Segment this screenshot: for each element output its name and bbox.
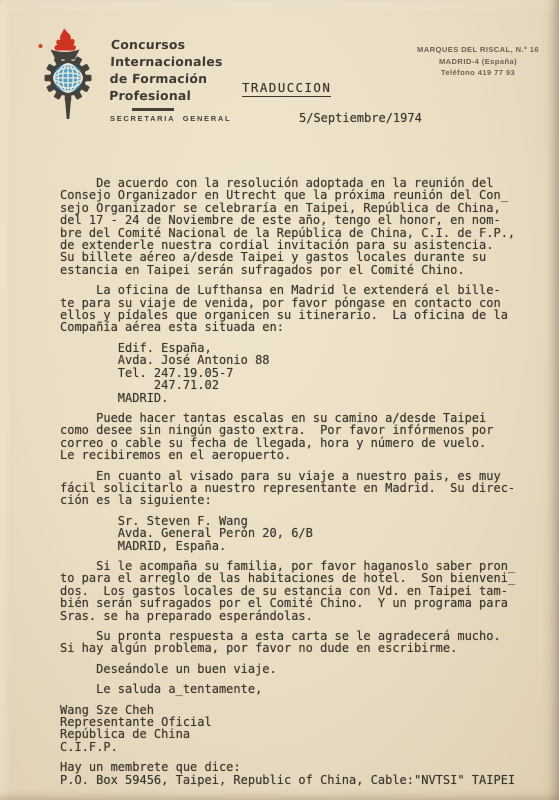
org-address-line3: Teléfono 419 77 93 [408,67,548,79]
org-address-line2: MADRID-4 (España) [408,56,548,68]
org-address: MARQUES DEL RISCAL, N.º 16 MADRID-4 (Esp… [408,44,548,79]
letterhead-rule [132,108,174,111]
torch-globe-gear-icon [36,26,100,122]
flame-shape [54,28,76,51]
letter-body: De acuerdo con la resolución adoptada en… [60,177,523,794]
signature-block: Wang Sze Cheh Representante Oficial Repú… [60,704,523,754]
paragraph-respuesta: Su pronta respuesta a esta carta se le a… [60,630,523,655]
address-representative: Sr. Steven F. Wang Avda. General Perón 2… [60,515,523,552]
closing-saluda: Le saluda a̲tentamente, [60,683,523,695]
paragraph-escalas: Puede hacer tantas escalas en su camino … [60,412,523,462]
letter-date: 5/Septiembre/1974 [299,111,422,125]
paragraph-resolution: De acuerdo con la resolución adoptada en… [60,177,523,276]
org-name-line1: Concursos Internacionales [110,36,281,70]
letter-page: Concursos Internacionales de Formación P… [0,0,559,800]
membrete-note: Hay un membrete que dice: P.O. Box 59456… [60,761,523,786]
paragraph-familia: Si le acompaña su familia, por favor hag… [60,560,523,622]
translation-label: TRADUCCION [242,80,331,97]
torch-stem-shape [65,97,71,119]
address-lufthansa-office: Edif. España, Avda. José Antonio 88 Tel.… [60,342,523,404]
gear-shape [45,55,92,102]
closing-buen-viaje: Deseándole un buen viaje. [60,663,523,675]
paragraph-lufthansa: La oficina de Lufthansa en Madrid le ext… [60,284,523,334]
paragraph-visado: En cuanto al visado para su viaje a nues… [60,470,523,507]
secretariat-label: SECRETARIA GENERAL [110,114,280,123]
org-address-line1: MARQUES DEL RISCAL, N.º 16 [408,44,548,56]
